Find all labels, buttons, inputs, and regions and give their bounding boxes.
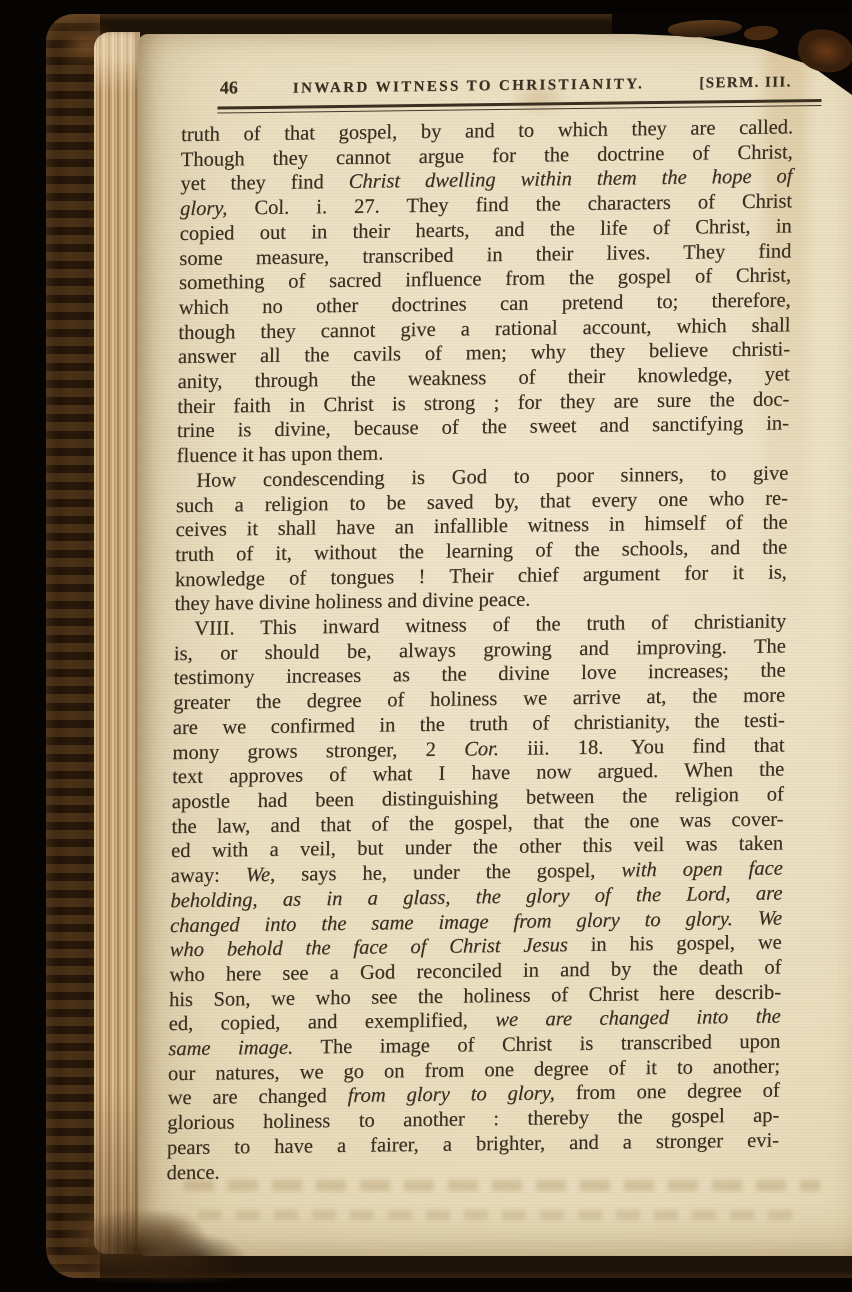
text-segment: away: — [171, 864, 246, 887]
page-content: 46 INWARD WITNESS TO CHRISTIANITY. [SERM… — [166, 64, 794, 1185]
text-segment: they have divine holiness and divine pea… — [174, 589, 530, 615]
italic-text-segment: from glory to glory, — [347, 1083, 555, 1108]
text-segment: mony grows stronger, 2 — [172, 738, 464, 764]
running-title: INWARD WITNESS TO CHRISTIANITY. — [238, 75, 700, 98]
text-segment: fluence it has upon them. — [176, 443, 383, 468]
book-photo: 46 INWARD WITNESS TO CHRISTIANITY. [SERM… — [0, 0, 852, 1292]
text-segment: in his gospel, we — [568, 932, 782, 957]
frayed-leather-corner — [88, 1178, 256, 1282]
header-rule — [217, 99, 821, 114]
text-body: truth of that gospel, by and to which th… — [166, 115, 793, 1185]
section-label: [SERM. III. — [699, 74, 792, 92]
running-header: 46 INWARD WITNESS TO CHRISTIANITY. [SERM… — [182, 70, 794, 102]
book-page: 46 INWARD WITNESS TO CHRISTIANITY. [SERM… — [138, 34, 852, 1256]
text-segment: from one degree of — [555, 1080, 780, 1105]
text-segment: yet they find — [180, 171, 349, 195]
italic-text-segment: Cor. — [464, 738, 499, 760]
italic-text-segment: Christ dwelling within them the hope of — [349, 166, 793, 194]
text-segment: we are changed — [168, 1085, 348, 1109]
italic-text-segment: who behold the face of Christ Jesus — [170, 934, 568, 961]
italic-text-segment: with open face — [621, 858, 783, 882]
page-edge-stack — [94, 32, 140, 1254]
text-segment: iii. 18. You find that — [499, 734, 785, 760]
italic-text-segment: same image. — [168, 1037, 293, 1061]
text-segment: ed, copied, and exemplified, — [169, 1009, 496, 1035]
italic-text-segment: We — [246, 864, 271, 886]
show-through-text — [198, 1210, 798, 1220]
text-segment: , says he, under the gospel, — [270, 860, 622, 886]
page-number: 46 — [220, 77, 238, 98]
book-spine — [46, 14, 100, 1278]
italic-text-segment: glory, — [180, 198, 228, 221]
italic-text-segment: we are changed into the — [495, 1006, 781, 1032]
